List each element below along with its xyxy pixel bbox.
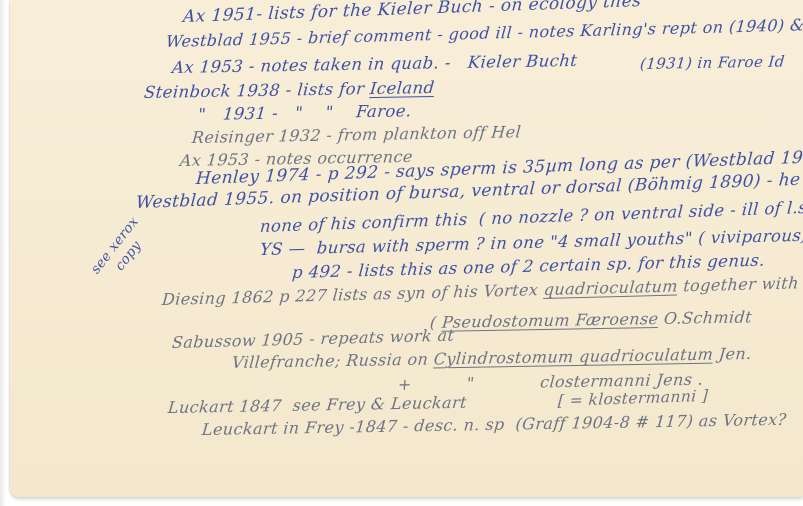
- note-line-ax-1953-quab: Ax 1953 - notes taken in quab. - Kieler …: [171, 52, 578, 77]
- note-line-luckart-1847: Luckart 1847 see Frey & Leuckart: [167, 394, 467, 417]
- note-line-reisinger-1932: Reisinger 1932 - from plankton off Hel: [191, 123, 522, 146]
- note-text: Jen.: [712, 344, 752, 364]
- note-text: Steinbock 1938 - lists for: [143, 79, 371, 102]
- note-text: [ = klostermanni ]: [557, 387, 709, 410]
- note-text: Villefranche; Russia on: [231, 349, 434, 372]
- note-text: quadrioculatum: [543, 276, 679, 299]
- note-line-steinbock-1938: Steinbock 1938 - lists for Iceland: [143, 79, 435, 102]
- scan-background: Ax 1951- lists for the Kieler Buch - on …: [0, 0, 803, 506]
- note-line-pseudostomum: ( Pseudostomum Færoense O.Schmidt: [429, 308, 753, 331]
- note-text: Diesing 1862 p 227 lists as syn of his V…: [161, 280, 544, 309]
- note-text: Reisinger 1932 - from plankton off Hel: [191, 122, 522, 147]
- note-text: Iceland: [369, 78, 435, 98]
- note-text: O.Schmidt: [658, 307, 753, 328]
- side-note-see-xerox-copy: see xerox copy: [88, 214, 156, 288]
- note-line-steinbock-1931: " 1931 - " " Faroe.: [197, 102, 412, 124]
- note-line-villefranche: Villefranche; Russia on Cylindrostomum q…: [231, 345, 752, 372]
- note-text: (1931) in Faroe Id: [639, 52, 785, 73]
- note-line-klostermanni-bracket: [ = klostermanni ]: [557, 388, 708, 410]
- note-text: Sabussow 1905 - repeats work at: [171, 326, 455, 352]
- note-text: " 1931 - " " Faroe.: [197, 101, 412, 124]
- note-text: Pseudostomum Færoense: [441, 309, 659, 332]
- note-line-leuckart-in-frey: Leuckart in Frey -1847 - desc. n. sp (Gr…: [201, 411, 787, 439]
- note-line-sabussow-1905: Sabussow 1905 - repeats work at: [171, 327, 455, 352]
- note-text: Cylindrostomum quadrioculatum: [433, 345, 714, 369]
- note-text: together with: [677, 273, 799, 295]
- note-line-diesing-1862: Diesing 1862 p 227 lists as syn of his V…: [161, 274, 799, 308]
- note-text: Ax 1953 - notes taken in quab. - Kieler …: [171, 51, 578, 77]
- index-card: Ax 1951- lists for the Kieler Buch - on …: [10, 0, 803, 497]
- note-line-faroe-continuation: (1931) in Faroe Id: [639, 53, 785, 72]
- note-text: Luckart 1847 see Frey & Leuckart: [167, 393, 468, 417]
